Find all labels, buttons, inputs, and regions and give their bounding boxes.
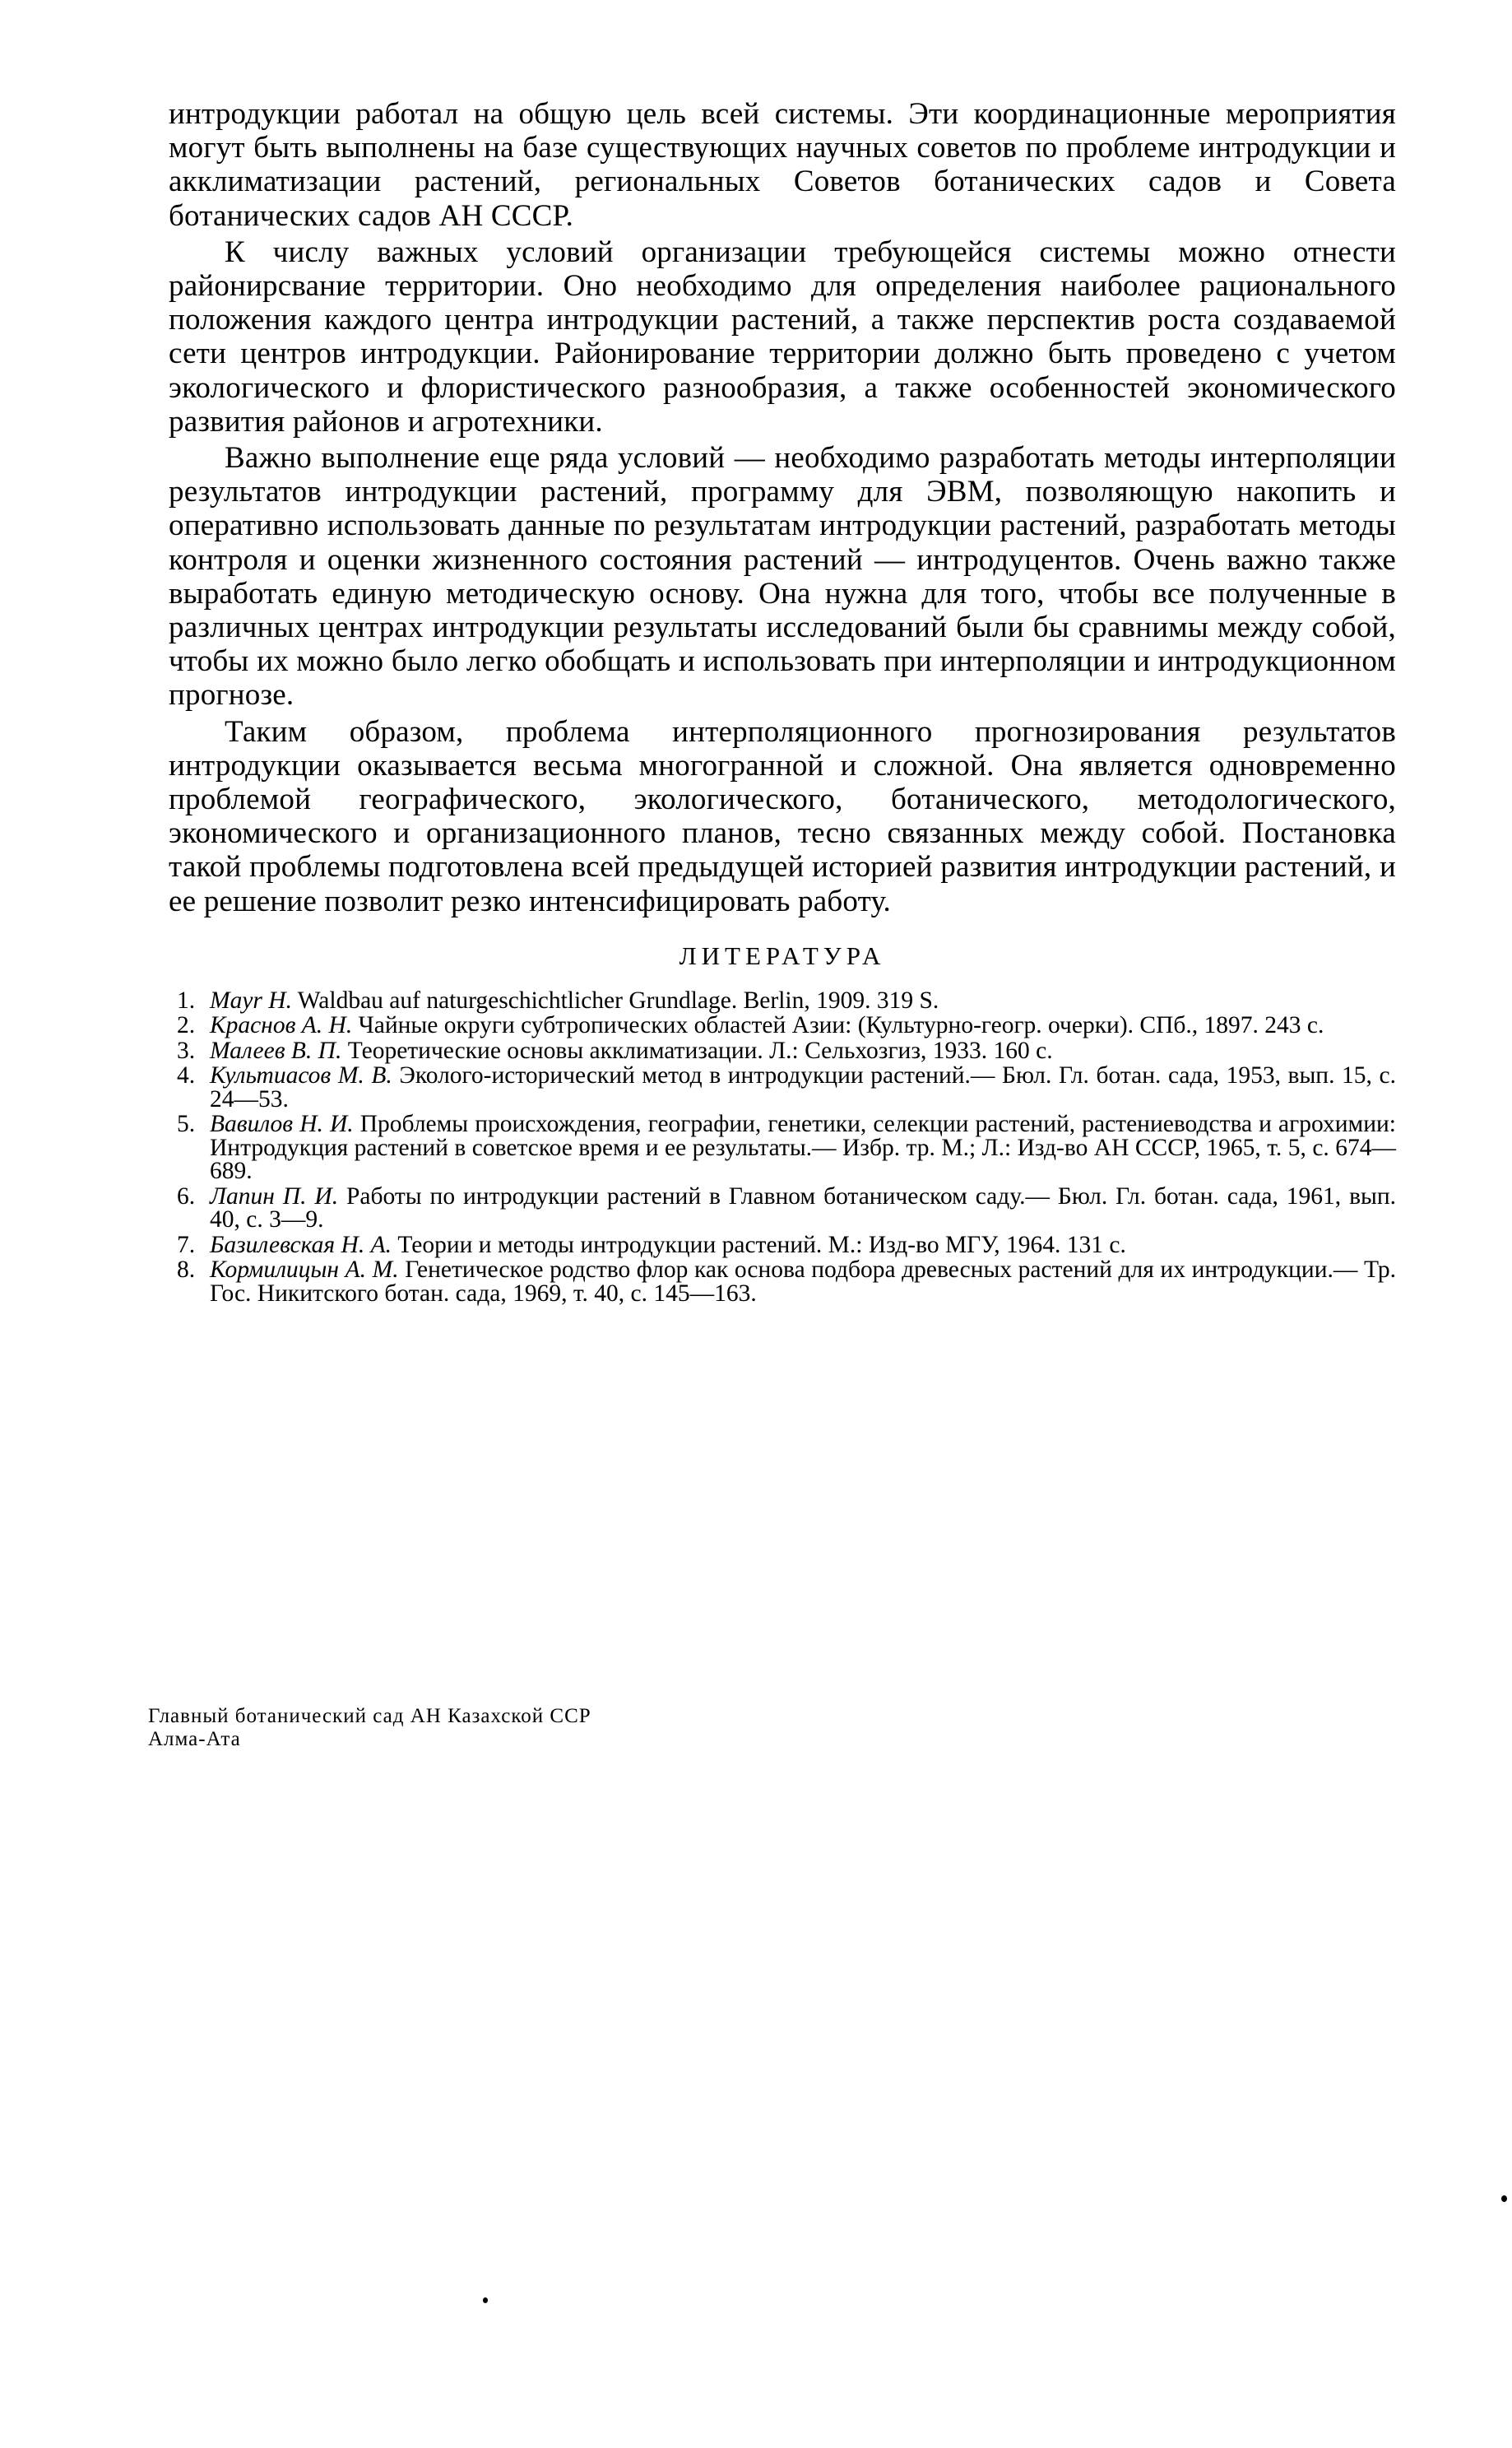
reference-author: Базилевская Н. А. bbox=[210, 1232, 392, 1258]
reference-item: 5.Вавилов Н. И. Проблемы происхождения, … bbox=[177, 1113, 1396, 1183]
reference-author: Культиасов М. В. bbox=[210, 1062, 392, 1089]
reference-number: 1. bbox=[177, 989, 210, 1013]
reference-number: 4. bbox=[177, 1064, 210, 1088]
scan-speck bbox=[1501, 2195, 1507, 2202]
reference-item: 2.Краснов А. Н. Чайные округи субтропиче… bbox=[177, 1014, 1396, 1038]
body-paragraph-1: интродукции работал на общую цель всей с… bbox=[169, 97, 1396, 233]
reference-item: 7.Базилевская Н. А. Теории и методы интр… bbox=[177, 1233, 1396, 1257]
body-paragraph-3: Важно выполнение еще ряда условий — необ… bbox=[169, 441, 1396, 713]
reference-author: Малеев В. П. bbox=[210, 1038, 341, 1064]
reference-text: Чайные округи субтропических областей Аз… bbox=[359, 1012, 1324, 1038]
reference-text: Теоретические основы акклиматизации. Л.:… bbox=[348, 1038, 1053, 1064]
affiliation-city: Алма-Ата bbox=[148, 1728, 591, 1751]
affiliation-institution: Главный ботанический сад АН Казахской СС… bbox=[148, 1705, 591, 1728]
reference-text: Проблемы происхождения, географии, генет… bbox=[210, 1111, 1396, 1184]
reference-number: 7. bbox=[177, 1233, 210, 1257]
reference-number: 3. bbox=[177, 1039, 210, 1063]
body-paragraph-2: К числу важных условий организации требу… bbox=[169, 235, 1396, 439]
reference-item: 4.Культиасов М. В. Эколого-исторический … bbox=[177, 1064, 1396, 1111]
literature-heading: ЛИТЕРАТУРА bbox=[169, 941, 1396, 971]
reference-author: Лапин П. И. bbox=[210, 1183, 338, 1210]
reference-text: Теории и методы интродукции растений. М.… bbox=[397, 1232, 1126, 1258]
reference-number: 6. bbox=[177, 1185, 210, 1209]
reference-author: Mayr H. bbox=[210, 987, 292, 1014]
reference-author: Кормилицын А. М. bbox=[210, 1257, 399, 1283]
reference-item: 6.Лапин П. И. Работы по интродукции раст… bbox=[177, 1185, 1396, 1232]
reference-list: 1.Mayr H. Waldbau auf naturgeschichtlich… bbox=[169, 989, 1396, 1306]
page-content: интродукции работал на общую цель всей с… bbox=[169, 97, 1396, 1307]
reference-item: 8.Кормилицын А. М. Генетическое родство … bbox=[177, 1258, 1396, 1305]
reference-number: 2. bbox=[177, 1014, 210, 1038]
reference-number: 8. bbox=[177, 1258, 210, 1282]
body-paragraph-4: Таким образом, проблема интерполяционног… bbox=[169, 715, 1396, 918]
scan-speck bbox=[483, 2297, 488, 2303]
reference-text: Waldbau auf naturgeschichtlicher Grundla… bbox=[298, 987, 939, 1014]
reference-text: Работы по интродукции растений в Главном… bbox=[210, 1183, 1396, 1233]
affiliation-block: Главный ботанический сад АН Казахской СС… bbox=[148, 1705, 591, 1751]
reference-item: 3.Малеев В. П. Теоретические основы аккл… bbox=[177, 1039, 1396, 1063]
reference-author: Вавилов Н. И. bbox=[210, 1111, 354, 1137]
reference-item: 1.Mayr H. Waldbau auf naturgeschichtlich… bbox=[177, 989, 1396, 1013]
reference-author: Краснов А. Н. bbox=[210, 1012, 352, 1038]
reference-number: 5. bbox=[177, 1113, 210, 1136]
